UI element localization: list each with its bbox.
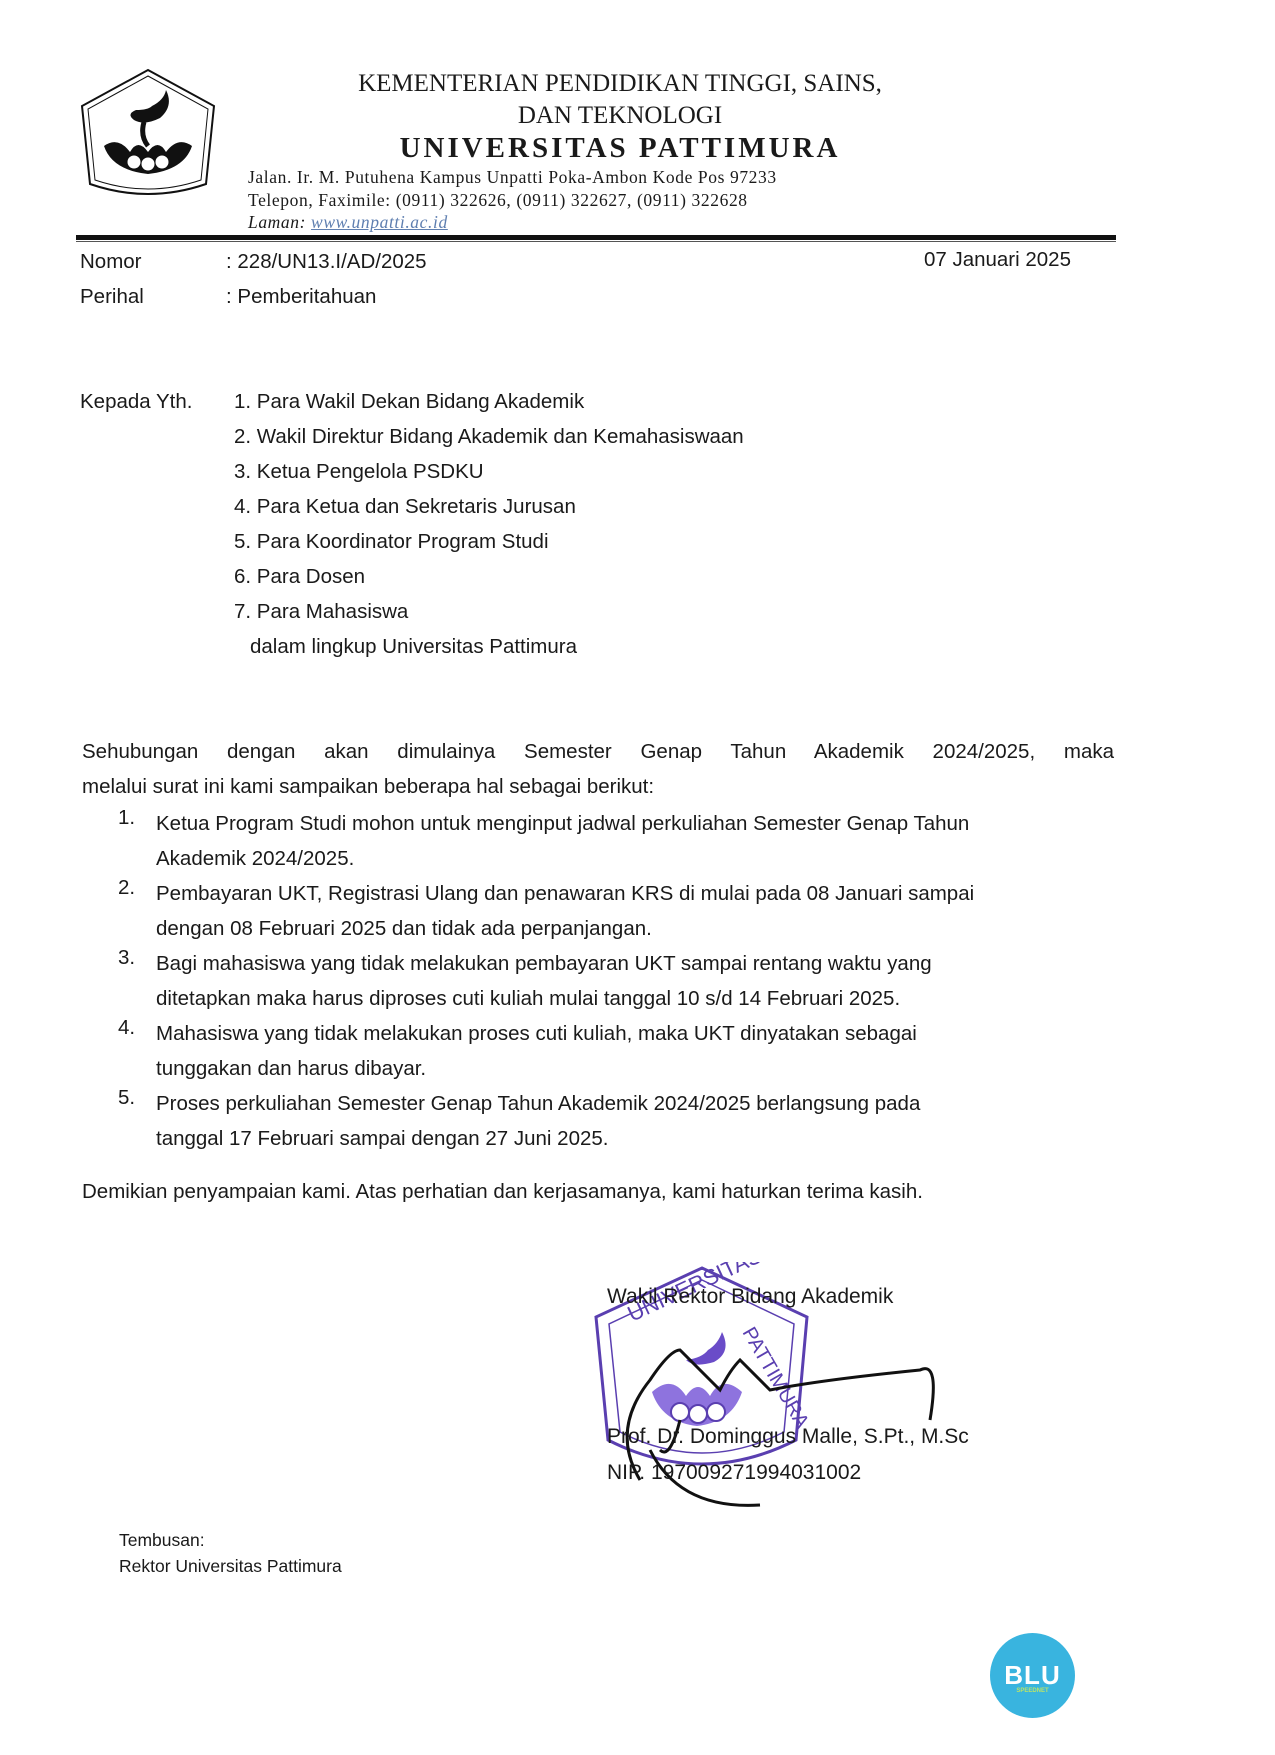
website-label: Laman: [248, 212, 306, 232]
address: Jalan. Ir. M. Putuhena Kampus Unpatti Po… [248, 167, 777, 188]
point-item: 1. Ketua Program Studi mohon untuk mengi… [118, 806, 1114, 876]
closing-text: Demikian penyampaian kami. Atas perhatia… [82, 1180, 923, 1204]
point-text: tunggakan dan harus dibayar. [156, 1051, 917, 1086]
point-number: 2. [118, 876, 156, 946]
point-item: 5. Proses perkuliahan Semester Genap Tah… [118, 1086, 1114, 1156]
recipient-item: 4. Para Ketua dan Sekretaris Jurusan [234, 495, 576, 519]
website-link[interactable]: www.unpatti.ac.id [311, 212, 448, 232]
point-text: Ketua Program Studi mohon untuk menginpu… [156, 806, 969, 841]
point-text: Proses perkuliahan Semester Genap Tahun … [156, 1086, 920, 1121]
nomor-value: : 228/UN13.I/AD/2025 [226, 250, 427, 274]
signatory-name: Prof. Dr. Dominggus Malle, S.Pt., M.Sc [607, 1425, 969, 1449]
point-item: 2. Pembayaran UKT, Registrasi Ulang dan … [118, 876, 1114, 946]
point-number: 3. [118, 946, 156, 1016]
letter-date: 07 Januari 2025 [924, 248, 1071, 272]
point-item: 3. Bagi mahasiswa yang tidak melakukan p… [118, 946, 1114, 1016]
phone: Telepon, Faximile: (0911) 322626, (0911)… [248, 190, 748, 211]
point-text: Pembayaran UKT, Registrasi Ulang dan pen… [156, 876, 974, 911]
ministry-line-1: KEMENTERIAN PENDIDIKAN TINGGI, SAINS, [300, 70, 940, 99]
point-item: 4. Mahasiswa yang tidak melakukan proses… [118, 1016, 1114, 1086]
point-number: 5. [118, 1086, 156, 1156]
blu-badge-icon: BLU SPEEDNET [990, 1633, 1075, 1718]
point-number: 4. [118, 1016, 156, 1086]
university-emblem-icon [74, 66, 222, 208]
recipient-item: 2. Wakil Direktur Bidang Akademik dan Ke… [234, 425, 744, 449]
signatory-position: Wakil Rektor Bidang Akademik [607, 1285, 893, 1309]
point-text: ditetapkan maka harus diproses cuti kuli… [156, 981, 932, 1016]
cc-item: Rektor Universitas Pattimura [119, 1556, 342, 1577]
perihal-label: Perihal [80, 285, 144, 309]
recipient-item: 6. Para Dosen [234, 565, 365, 589]
blu-badge-sub: SPEEDNET [1016, 1688, 1048, 1694]
letterhead-divider [76, 235, 1116, 240]
point-text: Bagi mahasiswa yang tidak melakukan pemb… [156, 946, 932, 981]
intro-line-1: Sehubungan dengan akan dimulainya Semest… [82, 740, 1114, 764]
ministry-line-2: DAN TEKNOLOGI [300, 102, 940, 131]
university-name: UNIVERSITAS PATTIMURA [300, 132, 940, 165]
recipient-item: 7. Para Mahasiswa [234, 600, 408, 624]
cc-label: Tembusan: [119, 1530, 205, 1551]
website-line: Laman: www.unpatti.ac.id [248, 212, 448, 233]
point-number: 1. [118, 806, 156, 876]
recipient-item: 3. Ketua Pengelola PSDKU [234, 460, 484, 484]
blu-badge-label: BLU [1004, 1660, 1060, 1691]
intro-line-2: melalui surat ini kami sampaikan beberap… [82, 775, 1114, 799]
point-text: tanggal 17 Februari sampai dengan 27 Jun… [156, 1121, 920, 1156]
recipients-label: Kepada Yth. [80, 390, 192, 414]
signatory-nip: NIP. 197009271994031002 [607, 1461, 861, 1485]
letterhead-divider-thin [76, 241, 1116, 242]
recipient-scope: dalam lingkup Universitas Pattimura [250, 635, 577, 659]
point-text: dengan 08 Februari 2025 dan tidak ada pe… [156, 911, 974, 946]
recipient-item: 5. Para Koordinator Program Studi [234, 530, 549, 554]
point-text: Akademik 2024/2025. [156, 841, 969, 876]
point-text: Mahasiswa yang tidak melakukan proses cu… [156, 1016, 917, 1051]
recipient-item: 1. Para Wakil Dekan Bidang Akademik [234, 390, 584, 414]
nomor-label: Nomor [80, 250, 142, 274]
perihal-value: : Pemberitahuan [226, 285, 376, 309]
